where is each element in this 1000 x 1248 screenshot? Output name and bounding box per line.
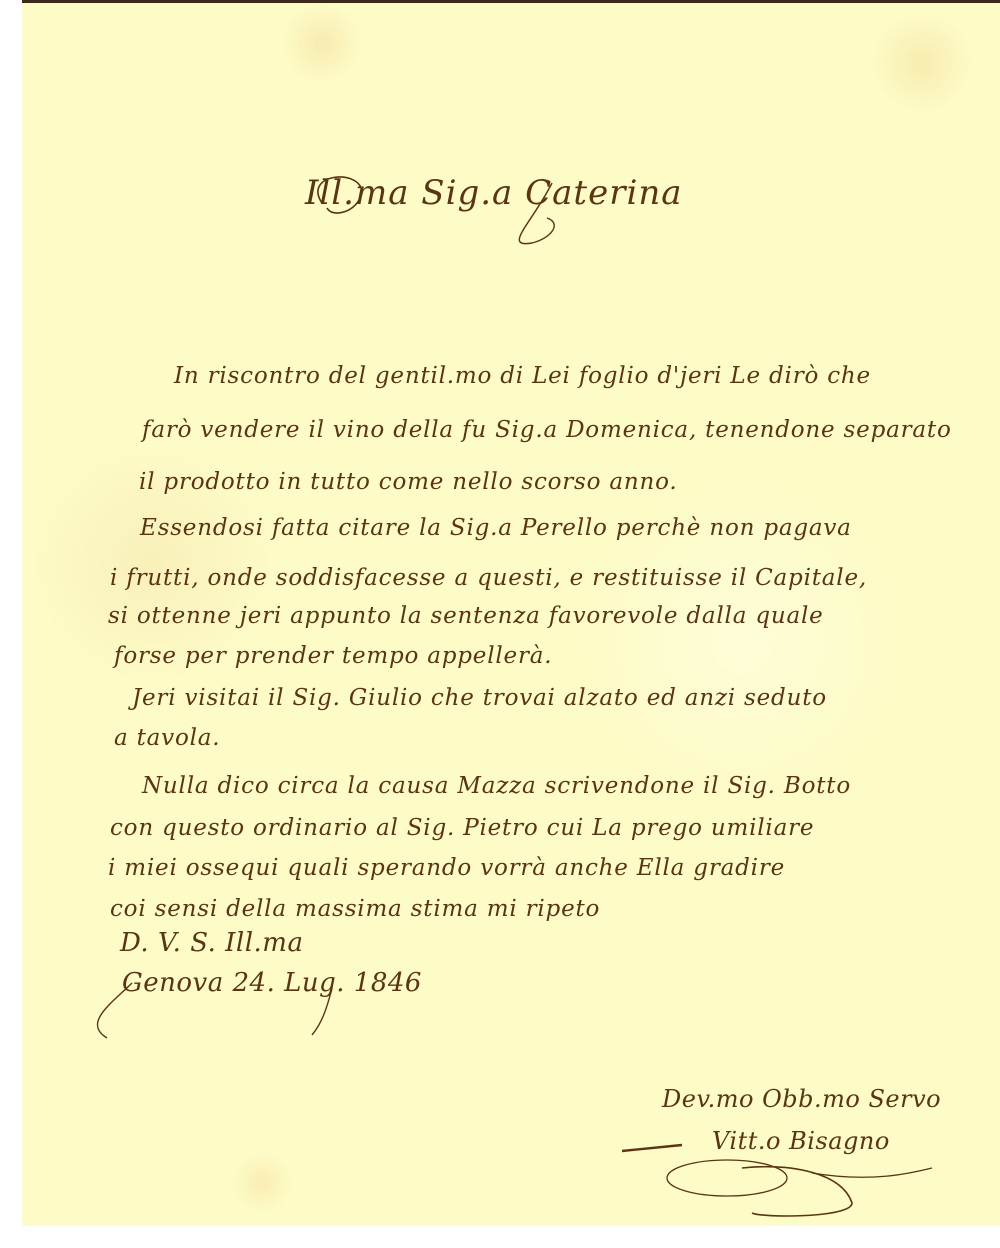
body-line-11: con questo ordinario al Sig. Pietro cui … bbox=[110, 815, 814, 841]
body-line-5: i frutti, onde soddisfacesse a questi, e… bbox=[110, 565, 867, 591]
body-line-8: Jeri visitai il Sig. Giulio che trovai a… bbox=[132, 685, 827, 711]
salutation: Ill.ma Sig.a Caterina bbox=[305, 173, 683, 213]
signature-name: Vitt.o Bisagno bbox=[712, 1127, 890, 1155]
addressee-closing: D. V. S. Ill.ma bbox=[120, 928, 303, 958]
page-canvas: Ill.ma Sig.a Caterina In riscontro del g… bbox=[0, 0, 1000, 1248]
signature-closing: Dev.mo Obb.mo Servo bbox=[662, 1085, 941, 1113]
body-line-3: il prodotto in tutto come nello scorso a… bbox=[139, 469, 678, 495]
body-line-4: Essendosi fatta citare la Sig.a Perello … bbox=[140, 515, 852, 541]
body-line-13: coi sensi della massima stima mi ripeto bbox=[110, 896, 600, 922]
body-line-7: forse per prender tempo appellerà. bbox=[114, 643, 552, 669]
place-date: Genova 24. Lug. 1846 bbox=[122, 968, 422, 998]
body-line-12: i miei ossequi quali sperando vorrà anch… bbox=[108, 855, 785, 881]
body-line-10: Nulla dico circa la causa Mazza scrivend… bbox=[142, 773, 851, 799]
body-line-2: farò vendere il vino della fu Sig.a Dome… bbox=[142, 417, 952, 443]
body-line-9: a tavola. bbox=[114, 725, 220, 751]
letter-paper: Ill.ma Sig.a Caterina In riscontro del g… bbox=[22, 3, 1000, 1226]
body-line-1: In riscontro del gentil.mo di Lei foglio… bbox=[174, 363, 871, 389]
body-line-6: si ottenne jeri appunto la sentenza favo… bbox=[108, 603, 824, 629]
